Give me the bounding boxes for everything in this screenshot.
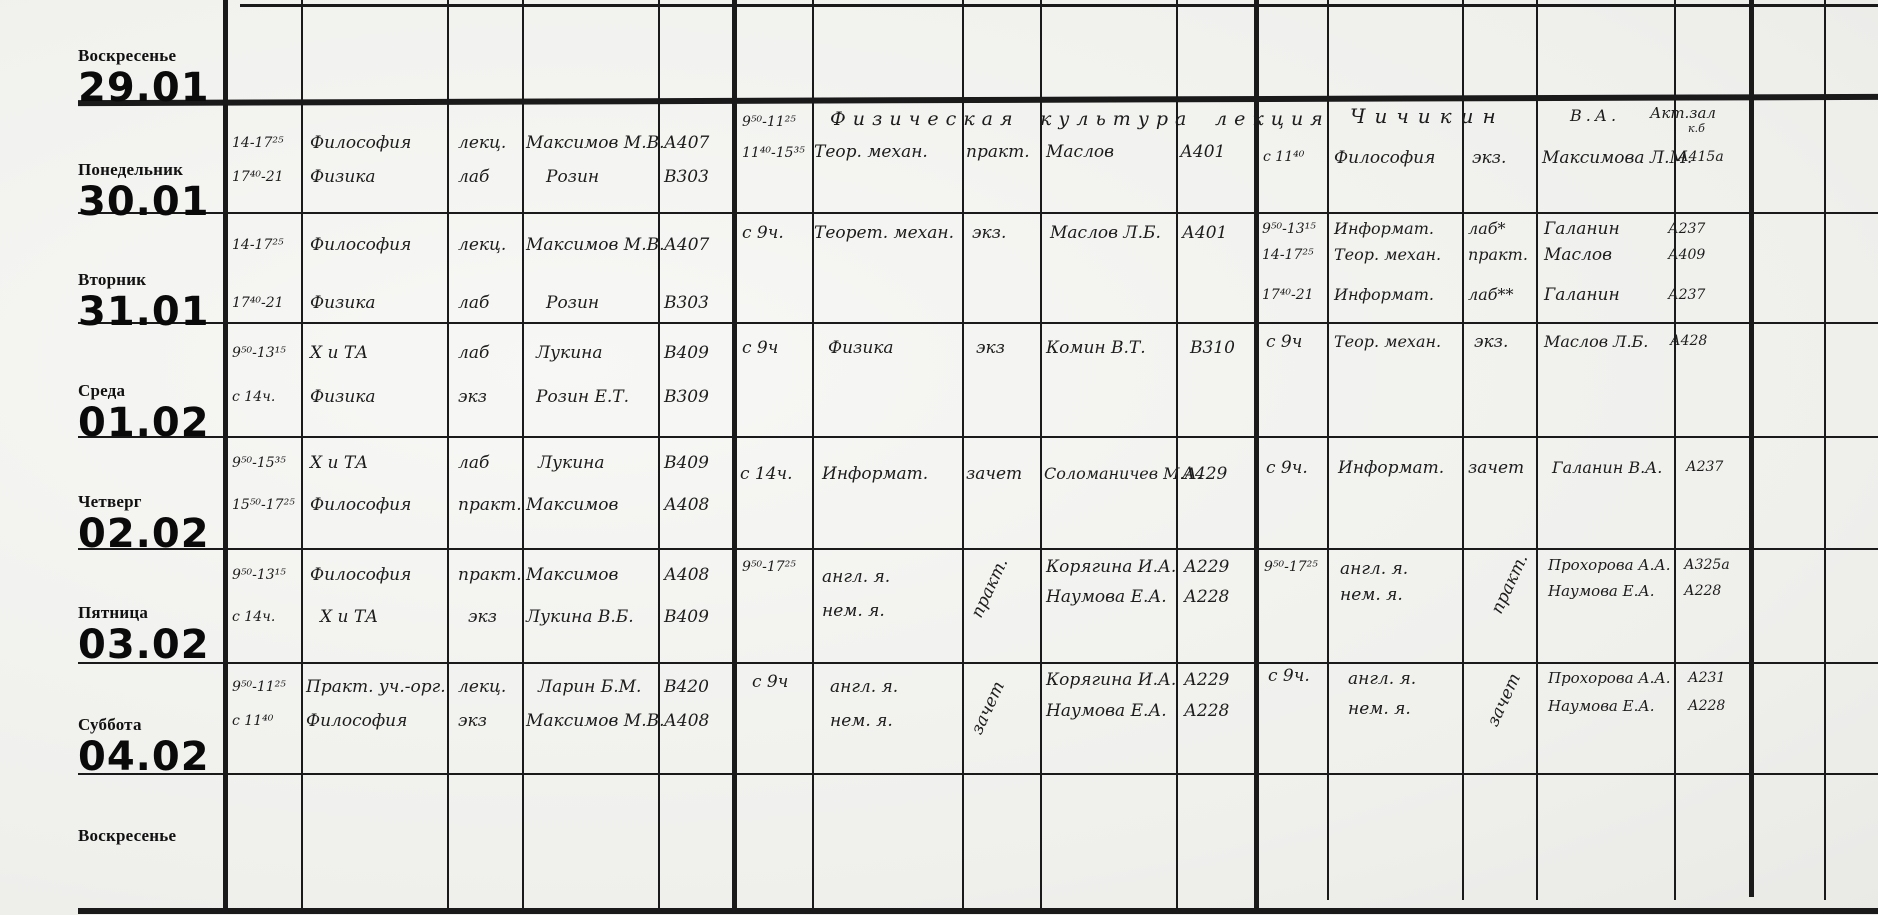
row-divider-tue-wed (78, 322, 1878, 324)
g1-thu-time: 9⁵⁰-15³⁵ 15⁵⁰-17²⁵ (232, 446, 295, 522)
g3-tue-type: лаб* практ. лаб** (1468, 216, 1528, 308)
col-divider (1327, 0, 1329, 900)
g1-sat-subject: Практ. уч.-орг. Философия (306, 670, 446, 738)
pe-lecture-span-7: к.б (1688, 122, 1705, 135)
g2-mon-room: А401 (1180, 144, 1225, 161)
g2-sat-subject: англ. я. нем. я. (830, 670, 898, 738)
g1-sat-type: лекц. экз (458, 670, 506, 738)
row-divider-wed-thu (78, 436, 1878, 438)
g1-tue-time: 14-17²⁵ 17⁴⁰-21 (232, 228, 284, 320)
g1-wed-subject: Х и ТА Физика (310, 336, 376, 414)
row-divider-sun-mon (78, 94, 1878, 106)
g3-wed-room: А428 (1670, 334, 1707, 348)
pe-lecture-span-2: культура (1040, 108, 1193, 130)
g1-thu-room: В409 А408 (664, 446, 709, 522)
g1-mon-type: лекц. лаб (458, 126, 506, 194)
g1-fri-subject: Философия Х и ТА (310, 558, 411, 634)
g2-wed-subject: Физика (828, 340, 894, 357)
col-divider-group3 (1254, 0, 1259, 910)
g1-sat-time: 9⁵⁰-11²⁵ с 11⁴⁰ (232, 670, 286, 738)
g3-sat-room: А231 А228 (1688, 664, 1725, 720)
g3-tue-subject: Информат. Теор. механ. Информат. (1334, 216, 1441, 308)
col-divider-group4 (1749, 0, 1754, 897)
g3-fri-type: практ. (1487, 551, 1532, 617)
day-wednesday-0102: Среда 01.02 (78, 381, 228, 443)
g3-fri-time: 9⁵⁰-17²⁵ (1264, 560, 1318, 574)
g1-wed-room: В409 В309 (664, 336, 709, 414)
pe-lecture-span-3: лекция (1215, 108, 1330, 130)
g2-sat-time: с 9ч (752, 674, 788, 691)
g2-wed-type: экз (976, 340, 1005, 357)
col-divider (962, 0, 964, 908)
pe-lecture-span-6: Акт.зал (1650, 104, 1716, 122)
g2-wed-time: с 9ч (742, 340, 778, 357)
g2-fri-room: А229 А228 (1184, 554, 1229, 614)
g1-sat-room: В420 А408 (664, 670, 709, 738)
g1-fri-teacher: Максимов Лукина В.Б. (526, 558, 634, 634)
day-sunday-0502: Воскресенье (78, 826, 228, 846)
g3-thu-room: А237 (1686, 460, 1723, 474)
g2-mon-type: практ. (966, 144, 1030, 161)
g2-fri-subject: англ. я. нем. я. (822, 560, 890, 628)
g3-wed-type: экз. (1474, 334, 1508, 351)
g1-tue-room: А407 В303 (664, 228, 709, 320)
g3-thu-teacher: Галанин В.А. (1552, 460, 1662, 476)
g3-sat-type: зачет (1483, 670, 1525, 729)
g3-tue-room: А237 А409 А237 (1668, 216, 1705, 308)
g3-wed-time: с 9ч (1266, 334, 1302, 351)
g1-tue-type: лекц. лаб (458, 228, 506, 320)
g3-tue-time: 9⁵⁰-13¹⁵ 14-17²⁵ 17⁴⁰-21 (1262, 216, 1316, 308)
g3-wed-subject: Теор. механ. (1334, 334, 1441, 350)
g3-wed-teacher: Маслов Л.Б. (1544, 334, 1648, 350)
g2-tue-teacher: Маслов Л.Б. (1050, 225, 1161, 242)
g1-fri-time: 9⁵⁰-13¹⁵ с 14ч. (232, 558, 286, 634)
g3-sat-subject: англ. я. нем. я. (1348, 664, 1416, 724)
g1-mon-teacher: Максимов М.В. Розин (526, 126, 665, 194)
g2-thu-room: А429 (1182, 466, 1227, 483)
g2-mon-teacher: Маслов (1046, 144, 1114, 161)
g1-mon-subject: Философия Физика (310, 126, 411, 194)
g3-fri-teacher: Прохорова А.А. Наумова Е.А. (1548, 552, 1671, 604)
pe-lecture-span-5: В.А. (1570, 106, 1620, 125)
col-divider (1176, 0, 1178, 908)
col-divider (447, 0, 449, 908)
g1-thu-type: лаб практ. (458, 446, 522, 522)
pe-lecture-span-1: Физическая (830, 108, 1020, 130)
day-saturday-0402: Суббота 04.02 (78, 715, 228, 777)
day-friday-0302: Пятница 03.02 (78, 603, 228, 665)
day-tuesday-3101: Вторник 31.01 (78, 270, 228, 332)
g2-mon-subject: Теор. механ. (814, 144, 928, 161)
g1-tue-subject: Философия Физика (310, 228, 411, 320)
g1-thu-subject: Х и ТА Философия (310, 446, 411, 522)
day-thursday-0202: Четверг 02.02 (78, 492, 228, 554)
g2-thu-type: зачет (966, 466, 1022, 483)
g3-mon-subject: Философия (1334, 150, 1435, 167)
g2-wed-room: В310 (1190, 340, 1235, 357)
g1-wed-type: лаб экз (458, 336, 489, 414)
schedule-sheet: Воскресенье 29.01 Понедельник 30.01 Втор… (0, 0, 1878, 915)
g2-sat-type: зачет (967, 678, 1009, 737)
g2-tue-time: с 9ч. (742, 225, 784, 242)
g2-tue-room: А401 (1182, 225, 1227, 242)
day-monday-3001: Понедельник 30.01 (78, 160, 228, 222)
g1-wed-teacher: Лукина Розин Е.Т. (526, 336, 629, 414)
g3-tue-teacher: Галанин Маслов Галанин (1544, 216, 1620, 308)
row-divider-bottom (78, 908, 1878, 914)
g3-mon-room: А415а (1678, 150, 1724, 164)
col-divider (1674, 0, 1676, 900)
g2-tue-subject: Теорет. механ. (814, 225, 954, 242)
g2-fri-teacher: Корягина И.А. Наумова Е.А. (1046, 554, 1176, 614)
g3-thu-time: с 9ч. (1266, 460, 1308, 477)
g2-sat-teacher: Корягина И.А. Наумова Е.А. (1046, 666, 1176, 728)
row-divider-sat-sun (78, 773, 1878, 775)
g2-mon-time: 9⁵⁰-11²⁵ 11⁴⁰-15³⁵ (742, 108, 805, 170)
col-divider (1536, 0, 1538, 900)
g1-fri-type: практ. экз (458, 558, 522, 634)
col-divider-group2 (732, 0, 737, 910)
g3-mon-time: с 11⁴⁰ (1263, 150, 1304, 164)
g1-fri-room: А408 В409 (664, 558, 709, 634)
g3-fri-room: А325а А228 (1684, 552, 1730, 604)
g3-mon-type: экз. (1472, 150, 1506, 167)
g2-wed-teacher: Комин В.Т. (1046, 340, 1146, 357)
row-divider-top (240, 4, 1878, 7)
col-divider (522, 0, 524, 908)
g1-mon-time: 14-17²⁵ 17⁴⁰-21 (232, 126, 284, 194)
g1-sat-teacher: Ларин Б.М. Максимов М.В. (526, 670, 665, 738)
g2-thu-subject: Информат. (822, 466, 928, 483)
g3-thu-subject: Информат. (1338, 460, 1444, 477)
g2-fri-time: 9⁵⁰-17²⁵ (742, 560, 796, 574)
day-sunday-2901: Воскресенье 29.01 (78, 46, 228, 108)
col-divider (301, 0, 303, 908)
g2-thu-time: с 14ч. (740, 466, 793, 483)
g1-thu-teacher: Лукина Максимов (526, 446, 618, 522)
pe-lecture-span-4: Чичикин (1350, 104, 1505, 128)
g2-fri-type: практ. (967, 555, 1012, 621)
g2-tue-type: экз. (972, 225, 1006, 242)
col-divider (1040, 0, 1042, 908)
g3-fri-subject: англ. я. нем. я. (1340, 556, 1408, 608)
g3-sat-time: с 9ч. (1268, 668, 1310, 685)
g1-tue-teacher: Максимов М.В. Розин (526, 228, 665, 320)
row-divider-thu-fri (78, 548, 1878, 550)
g2-sat-room: А229 А228 (1184, 666, 1229, 728)
col-divider (812, 0, 814, 908)
g3-mon-teacher: Максимова Л.М. (1542, 150, 1692, 167)
col-divider (1462, 0, 1464, 900)
g1-wed-time: 9⁵⁰-13¹⁵ с 14ч. (232, 336, 286, 414)
g1-mon-room: А407 В303 (664, 126, 709, 194)
g2-thu-teacher: Соломаничев М.А. (1044, 466, 1202, 482)
g3-sat-teacher: Прохорова А.А. Наумова Е.А. (1548, 664, 1671, 720)
g3-thu-type: зачет (1468, 460, 1524, 477)
col-divider (1824, 0, 1826, 900)
row-divider-mon-tue (78, 212, 1878, 214)
